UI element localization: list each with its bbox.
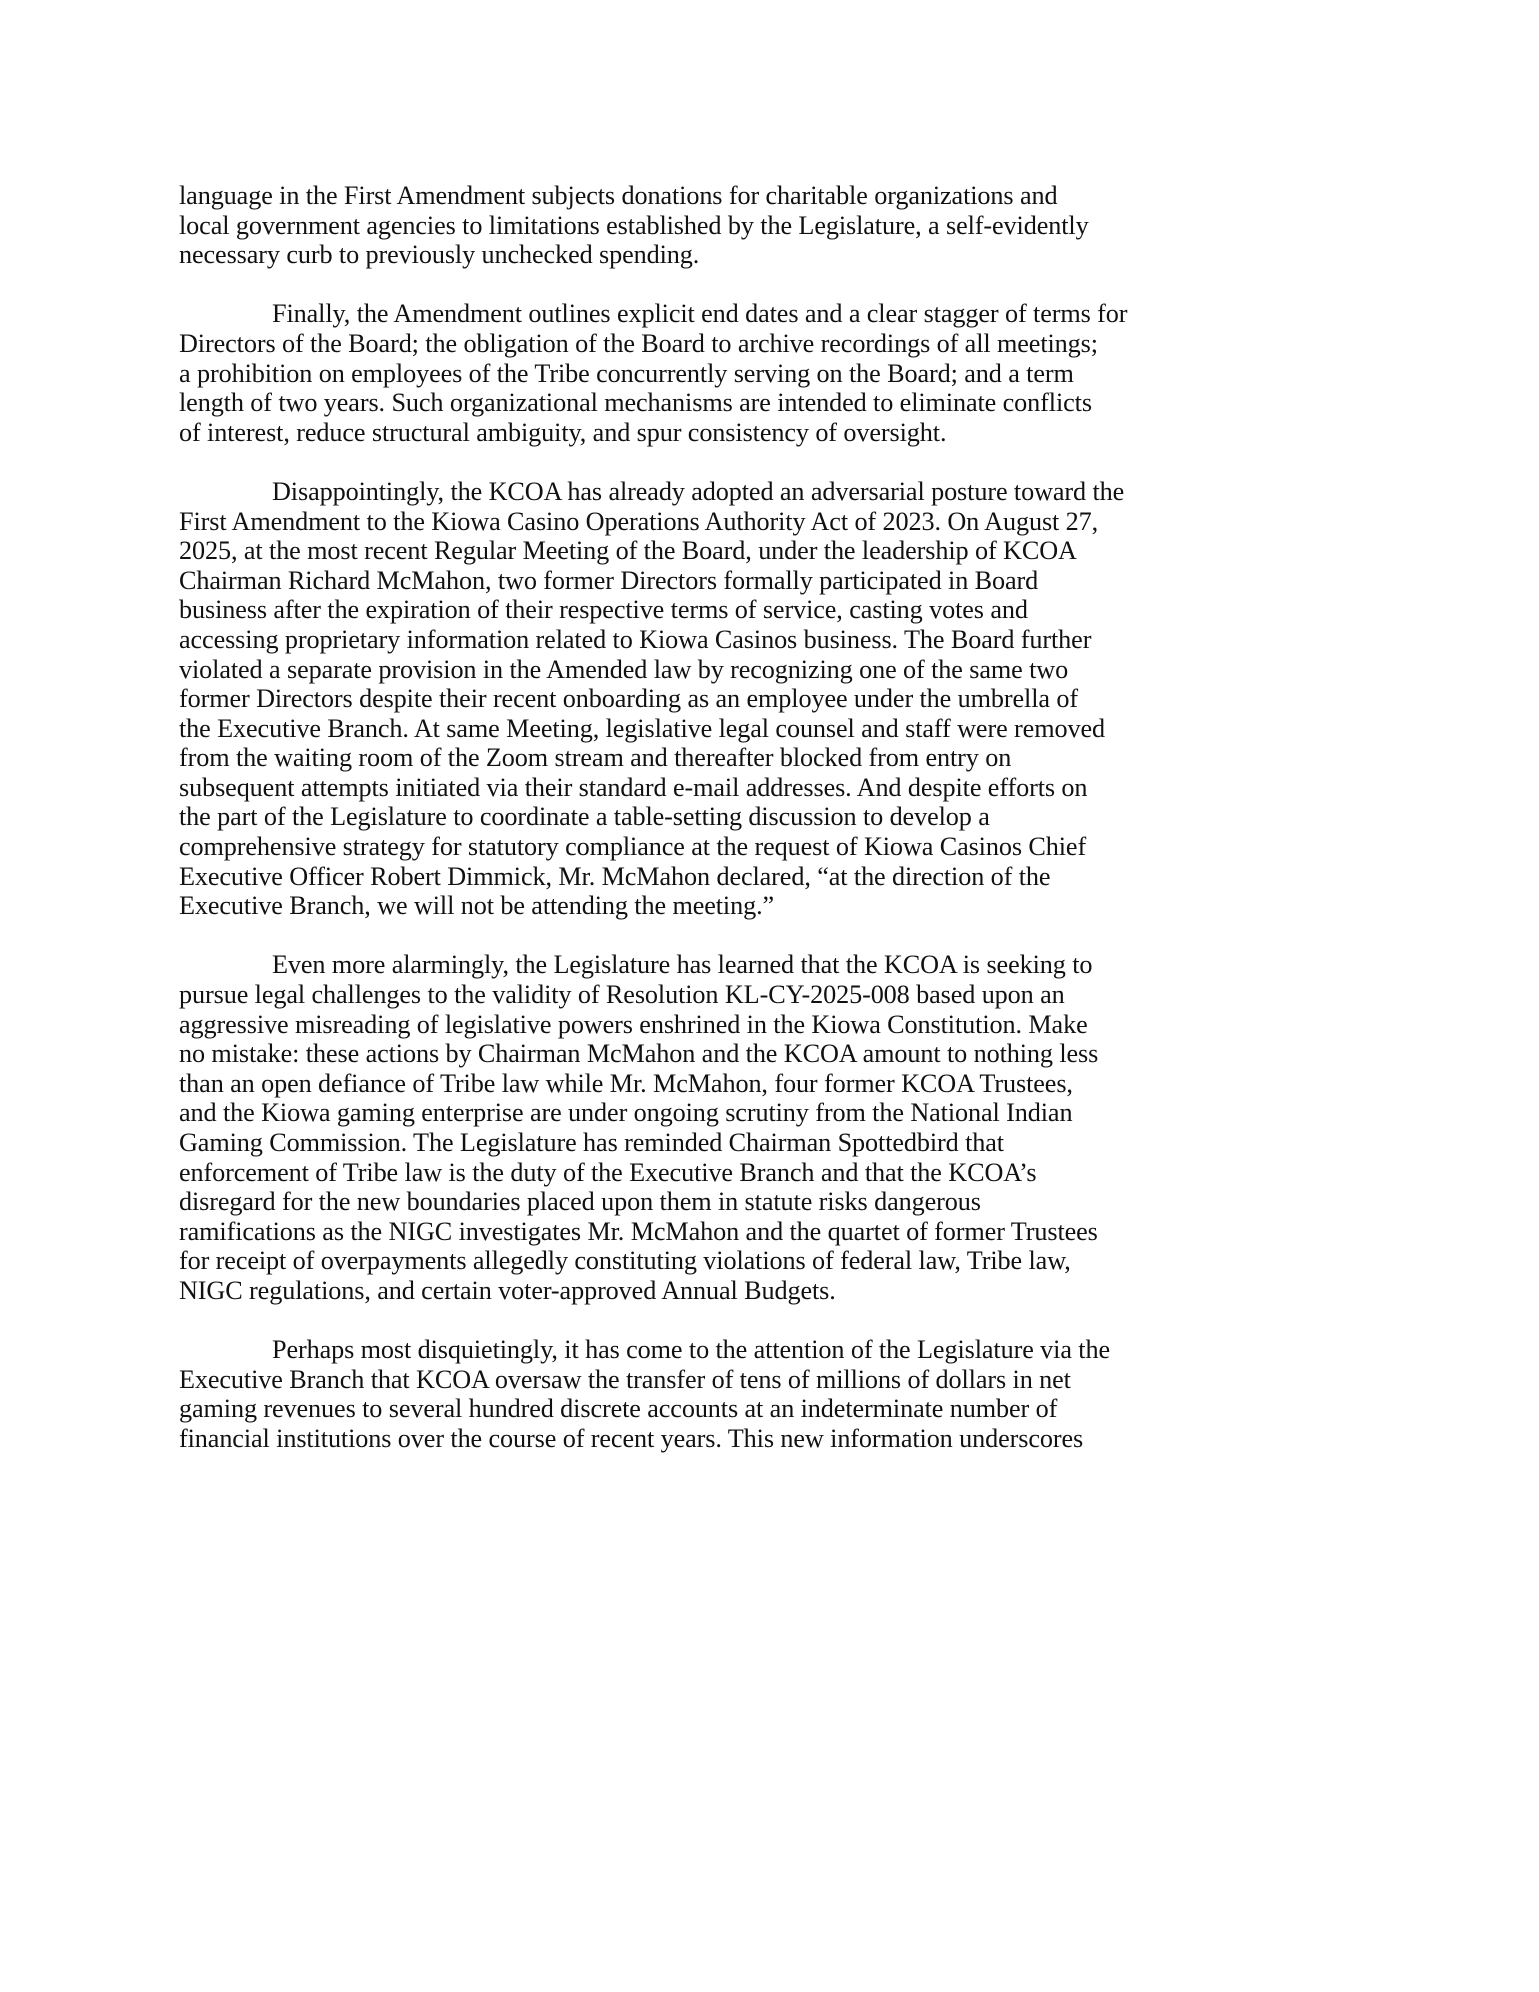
text-line: than an open defiance of Tribe law while… — [179, 1069, 1379, 1099]
text-line: pursue legal challenges to the validity … — [179, 980, 1379, 1010]
document-body: language in the First Amendment subjects… — [179, 181, 1379, 1483]
text-line: 2025, at the most recent Regular Meeting… — [179, 536, 1379, 566]
text-line: Executive Branch, we will not be attendi… — [179, 891, 1379, 921]
text-line: gaming revenues to several hundred discr… — [179, 1394, 1379, 1424]
text-line: Even more alarmingly, the Legislature ha… — [179, 950, 1379, 980]
text-line: and the Kiowa gaming enterprise are unde… — [179, 1098, 1379, 1128]
text-line: necessary curb to previously unchecked s… — [179, 240, 1379, 270]
text-line: length of two years. Such organizational… — [179, 388, 1379, 418]
text-line: Finally, the Amendment outlines explicit… — [179, 299, 1379, 329]
text-line: comprehensive strategy for statutory com… — [179, 832, 1379, 862]
text-line: subsequent attempts initiated via their … — [179, 773, 1379, 803]
text-line: enforcement of Tribe law is the duty of … — [179, 1158, 1379, 1188]
text-line: ramifications as the NIGC investigates M… — [179, 1217, 1379, 1247]
text-line: the part of the Legislature to coordinat… — [179, 802, 1379, 832]
text-line: no mistake: these actions by Chairman Mc… — [179, 1039, 1379, 1069]
text-line: local government agencies to limitations… — [179, 211, 1379, 241]
document-page: language in the First Amendment subjects… — [0, 0, 1539, 1992]
text-line: Directors of the Board; the obligation o… — [179, 329, 1379, 359]
text-line: Executive Officer Robert Dimmick, Mr. Mc… — [179, 862, 1379, 892]
text-line: from the waiting room of the Zoom stream… — [179, 743, 1379, 773]
text-line: Gaming Commission. The Legislature has r… — [179, 1128, 1379, 1158]
text-line: for receipt of overpayments allegedly co… — [179, 1246, 1379, 1276]
text-line: of interest, reduce structural ambiguity… — [179, 418, 1379, 448]
text-line: accessing proprietary information relate… — [179, 625, 1379, 655]
paragraph-charitable-donations: language in the First Amendment subjects… — [179, 181, 1379, 270]
paragraph-legal-challenges: Even more alarmingly, the Legislature ha… — [179, 950, 1379, 1305]
text-line: NIGC regulations, and certain voter-appr… — [179, 1276, 1379, 1306]
paragraph-adversarial-posture: Disappointingly, the KCOA has already ad… — [179, 477, 1379, 921]
text-line: aggressive misreading of legislative pow… — [179, 1010, 1379, 1040]
text-line: Perhaps most disquietingly, it has come … — [179, 1335, 1379, 1365]
text-line: language in the First Amendment subjects… — [179, 181, 1379, 211]
text-line: financial institutions over the course o… — [179, 1424, 1379, 1454]
text-line: disregard for the new boundaries placed … — [179, 1187, 1379, 1217]
text-line: former Directors despite their recent on… — [179, 684, 1379, 714]
paragraph-board-terms: Finally, the Amendment outlines explicit… — [179, 299, 1379, 447]
text-line: Disappointingly, the KCOA has already ad… — [179, 477, 1379, 507]
text-line: Chairman Richard McMahon, two former Dir… — [179, 566, 1379, 596]
text-line: Executive Branch that KCOA oversaw the t… — [179, 1365, 1379, 1395]
text-line: First Amendment to the Kiowa Casino Oper… — [179, 507, 1379, 537]
text-line: business after the expiration of their r… — [179, 595, 1379, 625]
text-line: a prohibition on employees of the Tribe … — [179, 359, 1379, 389]
text-line: the Executive Branch. At same Meeting, l… — [179, 714, 1379, 744]
text-line: violated a separate provision in the Ame… — [179, 655, 1379, 685]
paragraph-revenue-transfers: Perhaps most disquietingly, it has come … — [179, 1335, 1379, 1453]
